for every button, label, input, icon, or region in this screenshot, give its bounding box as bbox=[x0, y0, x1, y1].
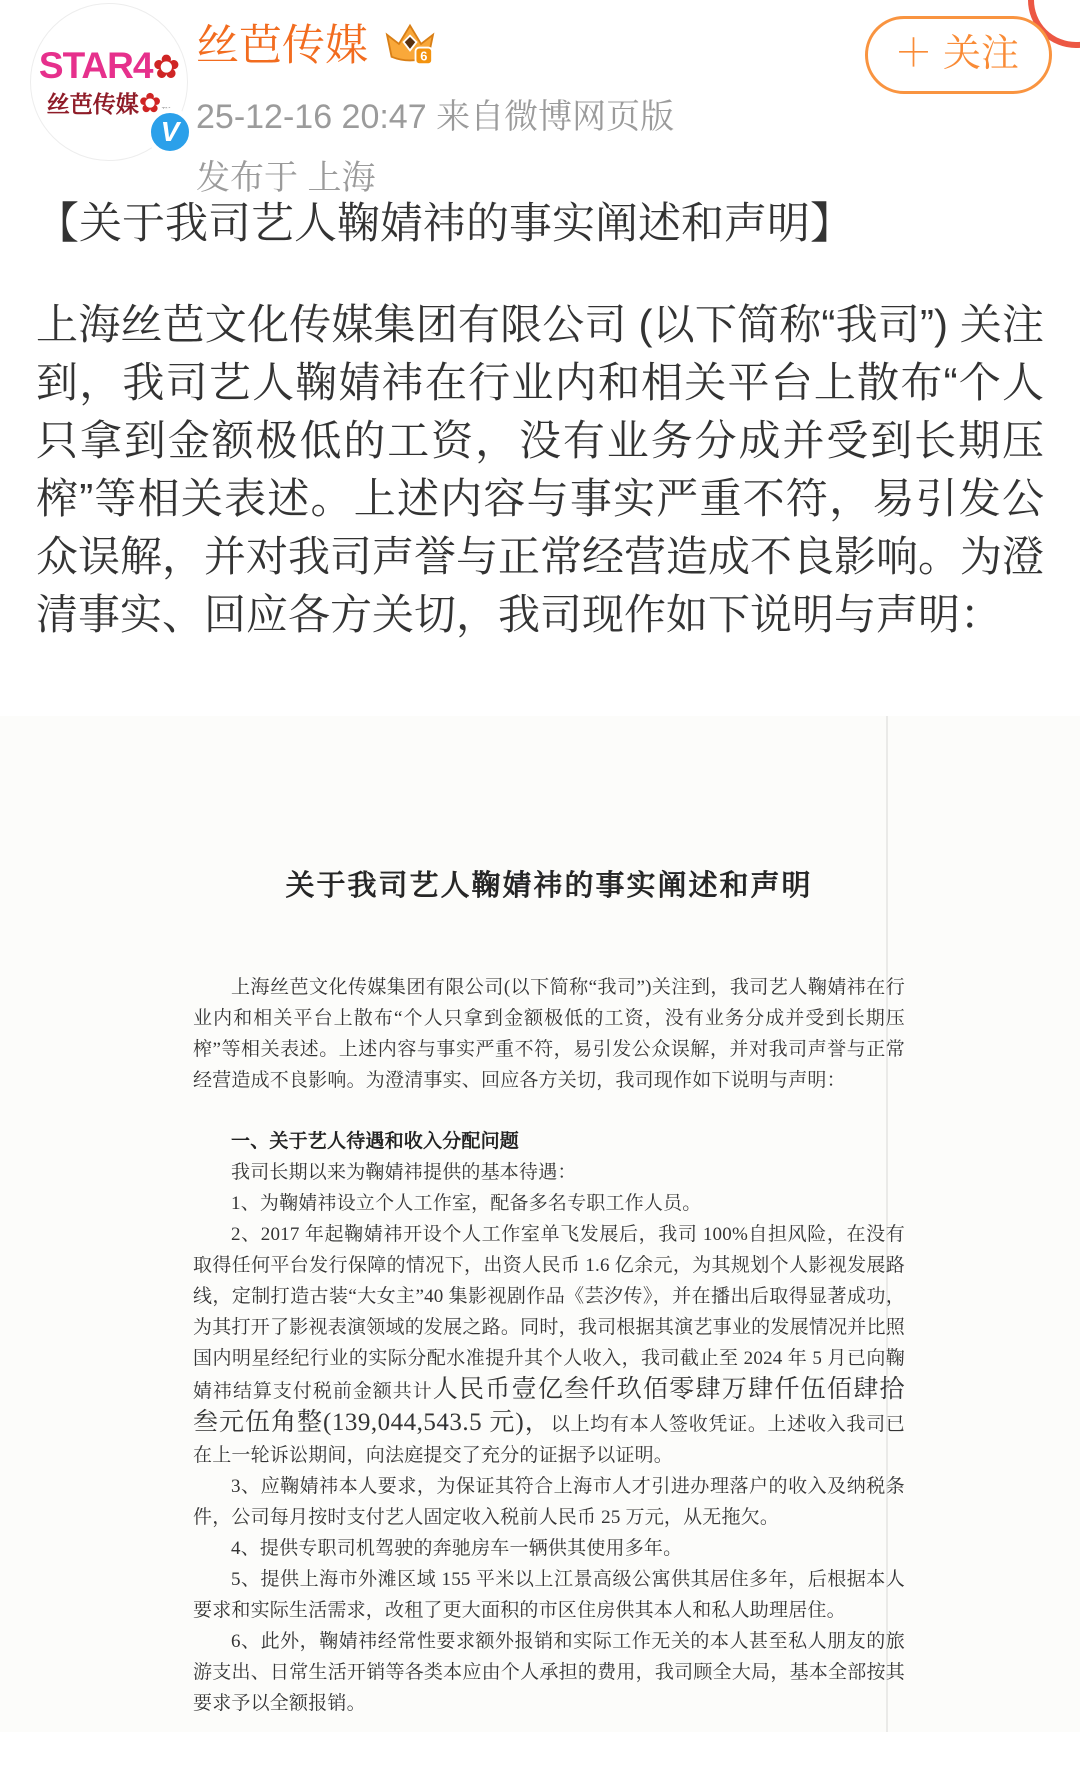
document-item-2: 2、2017 年起鞠婧祎开设个人工作室单飞发展后，我司 100%自担风险，在没有… bbox=[193, 1219, 905, 1471]
username-link[interactable]: 丝芭传媒 bbox=[196, 12, 368, 73]
statement-document-image[interactable]: 关于我司艺人鞠婧祎的事实阐述和声明 上海丝芭文化传媒集团有限公司(以下简称“我司… bbox=[0, 716, 1080, 1732]
follow-button[interactable]: ＋ 关注 bbox=[865, 16, 1052, 94]
timestamp-source: 25-12-16 20:47 来自微博网页版 bbox=[196, 89, 674, 138]
avatar-logo-wordmark: STAR4✿ bbox=[39, 47, 179, 84]
post-location: 发布于 上海 bbox=[196, 150, 674, 199]
post-title: 【关于我司艺人鞠婧祎的事实阐述和声明】 bbox=[36, 196, 1044, 252]
flower-icon: ✿ bbox=[152, 48, 179, 85]
avatar-logo-subtext: 丝芭传媒 bbox=[47, 91, 139, 117]
document-item-5: 5、提供上海市外滩区域 155 平米以上江景高级公寓供其居住多年，后根据本人要求… bbox=[193, 1564, 905, 1626]
user-info: 丝芭传媒 6 25-12-16 20:47 来自微博网页版 发布于 上海 bbox=[196, 12, 674, 199]
weibo-post-page: STAR4✿ 丝芭传媒✿™ V 丝芭传媒 6 25-12-16 20:47 来自… bbox=[0, 0, 1080, 1788]
svg-text:6: 6 bbox=[420, 48, 427, 63]
document-item-3: 3、应鞠婧祎本人要求，为保证其符合上海市人才引进办理落户的收入及纳税条件，公司每… bbox=[193, 1471, 905, 1533]
vip-crown-icon: 6 bbox=[384, 20, 436, 66]
document-item-4: 4、提供专职司机驾驶的奔驰房车一辆供其使用多年。 bbox=[193, 1533, 905, 1564]
document-section1-intro: 我司长期以来为鞠婧祎提供的基本待遇： bbox=[193, 1157, 905, 1188]
avatar-logo-subtext-row: 丝芭传媒✿™ bbox=[47, 90, 172, 117]
document-intro-paragraph: 上海丝芭文化传媒集团有限公司(以下简称“我司”)关注到，我司艺人鞠婧祎在行业内和… bbox=[193, 972, 905, 1096]
document-item-1: 1、为鞠婧祎设立个人工作室，配备多名专职工作人员。 bbox=[193, 1188, 905, 1219]
post-body-text: 上海丝芭文化传媒集团有限公司 (以下简称“我司”) 关注到，我司艺人鞠婧祎在行业… bbox=[36, 296, 1044, 644]
verified-badge-icon: V bbox=[146, 108, 194, 156]
username-row: 丝芭传媒 6 bbox=[196, 12, 674, 73]
avatar-logo-text: STAR4 bbox=[39, 45, 153, 86]
document-item-6: 6、此外，鞠婧祎经常性要求额外报销和实际工作无关的本人甚至私人朋友的旅游支出、日… bbox=[193, 1626, 905, 1719]
document-section1-heading: 一、关于艺人待遇和收入分配问题 bbox=[193, 1126, 905, 1157]
scan-crease-line bbox=[886, 716, 888, 1732]
post-header: STAR4✿ 丝芭传媒✿™ V 丝芭传媒 6 25-12-16 20:47 来自… bbox=[0, 0, 1080, 172]
document-title: 关于我司艺人鞠婧祎的事实阐述和声明 bbox=[193, 864, 905, 908]
